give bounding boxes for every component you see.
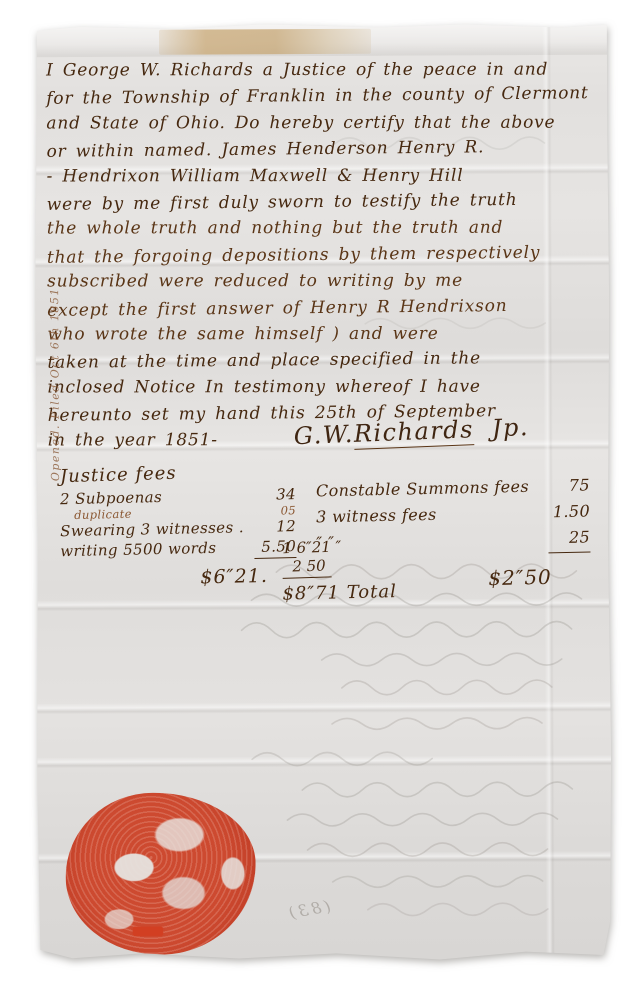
filing-note-vertical: Opened. Filed Oct 6th 1851	[48, 287, 62, 481]
constable-fees-total: $2″50	[488, 564, 590, 590]
handwritten-line: I George W. Richards a Justice of the pe…	[46, 57, 594, 84]
signature-surname: Richards	[353, 415, 474, 450]
fold-crease	[37, 701, 611, 715]
fee-amount: 05	[254, 504, 296, 517]
fold-crease	[37, 755, 611, 769]
handwritten-line: for the Township of Franklin in the coun…	[46, 81, 594, 113]
handwritten-line: or within named. James Henderson Henry R…	[46, 133, 594, 165]
scanned-document-background: I George W. Richards a Justice of the pe…	[0, 0, 640, 996]
fee-row: writing 5500 words 5.50	[60, 536, 296, 563]
handwritten-line: and State of Ohio. Do hereby certify tha…	[46, 109, 594, 136]
handwritten-line: who wrote the same himself ) and were	[47, 321, 595, 348]
handwritten-line: except the first answer of Henry R Hendr…	[47, 292, 595, 324]
adhesive-tape	[159, 29, 371, 55]
fee-amount: 25	[548, 524, 591, 553]
certification-body-text: I George W. Richards a Justice of the pe…	[46, 56, 596, 454]
fee-label: writing 5500 words	[60, 538, 217, 563]
handwritten-line: - Hendrixon William Maxwell & Henry Hill	[47, 162, 595, 189]
handwritten-line: that the forgoing depositions by them re…	[47, 239, 595, 271]
sum-addend-1: 1 6″21 ″	[282, 533, 443, 558]
fee-amount: 1.50	[548, 498, 591, 525]
fee-label: 3 witness fees	[316, 502, 437, 531]
fee-amount: 34	[254, 484, 296, 505]
signature-initials: G.W.	[293, 420, 354, 450]
manuscript-paper: I George W. Richards a Justice of the pe…	[36, 24, 610, 960]
fee-amount: 75	[548, 472, 591, 499]
grand-total-sum: 1 6″21 ″ 2 50 $8″71 Total	[282, 535, 442, 603]
justice-fees-rows: 2 Subpoenas 34 duplicate 05 Swearing 3 w…	[60, 486, 296, 561]
pencil-page-number: (83)	[284, 896, 332, 923]
handwritten-line: inclosed Notice In testimony whereof I h…	[48, 373, 596, 400]
handwritten-line: were by me first duly sworn to testify t…	[47, 186, 595, 218]
justice-fees-column: Justice fees 2 Subpoenas 34 duplicate 05	[60, 462, 297, 588]
handwritten-line: taken at the time and place specified in…	[47, 345, 595, 377]
wax-fragment	[133, 927, 163, 936]
sum-addend-2: 2 50	[282, 555, 332, 578]
signature-title-jp: Jp.	[491, 413, 529, 442]
handwritten-line: subscribed were reduced to writing by me	[47, 268, 595, 295]
fee-amount: 12	[254, 516, 296, 537]
justice-fees-header: Justice fees	[60, 459, 297, 487]
fee-label: 2 Subpoenas	[60, 487, 162, 509]
manuscript-page: I George W. Richards a Justice of the pe…	[34, 23, 612, 961]
handwritten-line: the whole truth and nothing but the trut…	[47, 215, 595, 242]
grand-total: $8″71 Total	[282, 580, 442, 604]
